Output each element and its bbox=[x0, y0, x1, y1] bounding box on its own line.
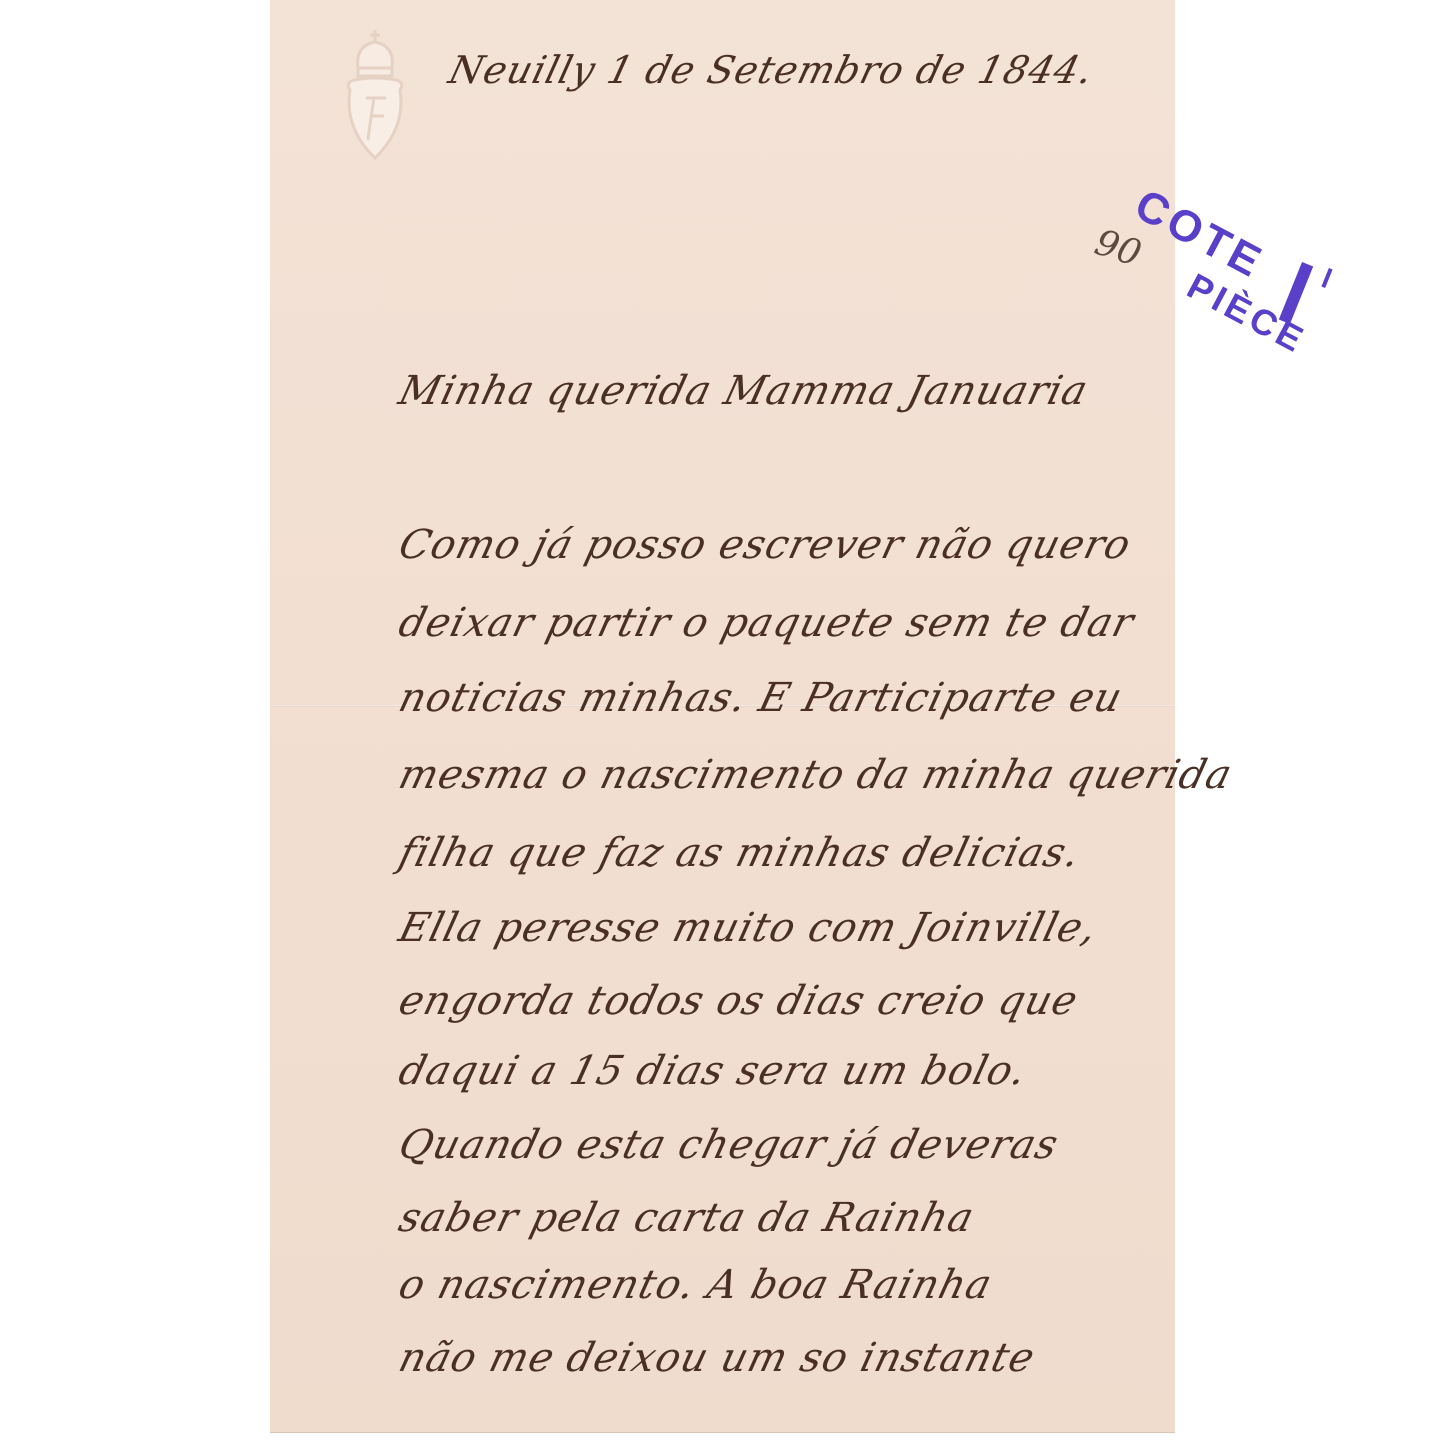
letter-page: Neuilly 1 de Setembro de 1844. 90 COTE P… bbox=[270, 0, 1175, 1432]
body-line: Quando esta chegar já deveras bbox=[394, 1122, 1063, 1168]
body-line: mesma o nascimento da minha querida bbox=[394, 752, 1237, 798]
salutation: Minha querida Mamma Januaria bbox=[394, 368, 1093, 414]
archive-stamp: COTE PIÈCE bbox=[1150, 170, 1360, 400]
stamp-tick-mark bbox=[1321, 268, 1332, 288]
body-line: o nascimento. A boa Rainha bbox=[394, 1262, 997, 1308]
crown-monogram-icon bbox=[340, 28, 410, 173]
body-line: engorda todos os dias creio que bbox=[394, 978, 1083, 1024]
body-line: saber pela carta da Rainha bbox=[394, 1195, 979, 1241]
stamp-number-mark bbox=[1279, 262, 1313, 324]
body-line: Como já posso escrever não quero bbox=[394, 522, 1136, 568]
body-line: não me deixou um so instante bbox=[394, 1335, 1040, 1381]
body-line: Ella peresse muito com Joinville, bbox=[394, 905, 1102, 951]
body-line: filha que faz as minhas delicias. bbox=[394, 830, 1085, 876]
dateline: Neuilly 1 de Setembro de 1844. bbox=[445, 48, 1099, 92]
body-line: noticias minhas. E Participarte eu bbox=[394, 675, 1127, 721]
body-line: daqui a 15 dias sera um bolo. bbox=[394, 1048, 1031, 1094]
body-line: deixar partir o paquete sem te dar bbox=[394, 600, 1139, 646]
